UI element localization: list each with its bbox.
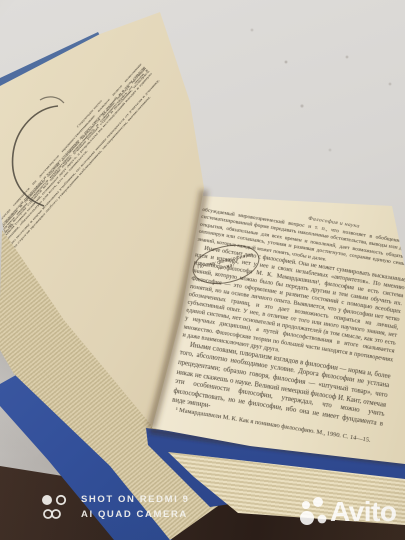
book-photo: Структура науки Наука всегда опирается н… [0,0,405,540]
left-page-text: Структура науки Наука всегда опирается н… [0,60,166,264]
left-paragraph: Именно поэтому в науке возможны учебники… [0,79,164,263]
shot-on-text: SHOT ON REDMI 9 [81,494,189,505]
camera-watermark: SHOT ON REDMI 9 AI QUAD CAMERA [40,492,189,522]
camera-watermark-lines: SHOT ON REDMI 9 AI QUAD CAMERA [81,494,189,520]
camera-logo-icon [40,492,70,522]
left-paragraph: Наука всегда опирается на достигнутое пр… [0,63,143,244]
avito-logo-icon [293,494,331,528]
avito-wordmark: Avito [330,498,396,526]
left-paragraph-text: всегда опирается на достигнутое предшест… [0,63,152,236]
handwritten-note-text: Почему философия не наука? [192,251,259,278]
right-page-text: Философия и наука 85 обсуждаемый мировоз… [170,199,405,447]
ai-quad-camera-text: AI QUAD CAMERA [81,509,189,520]
